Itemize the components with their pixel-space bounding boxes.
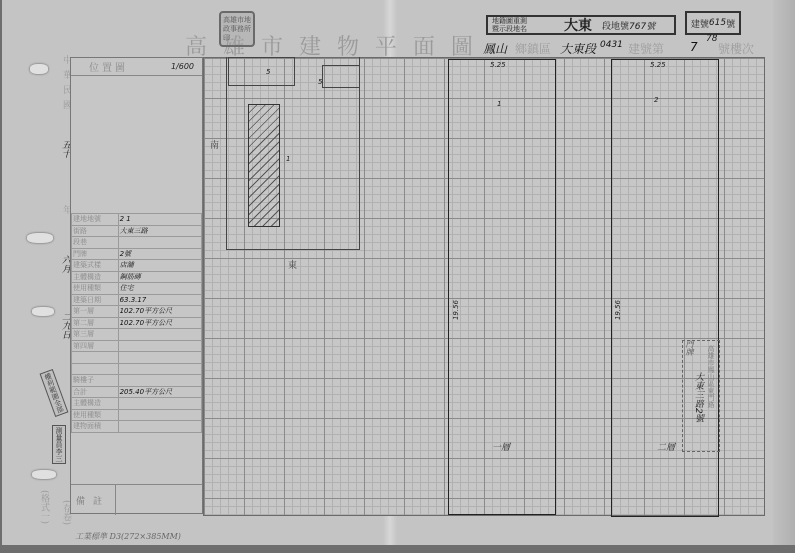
row-label: 第四層	[72, 340, 119, 352]
table-row: 建物面積	[72, 421, 202, 433]
table-row: 建築日期63.3.17	[72, 294, 202, 306]
row-label: 主體構造	[72, 398, 119, 410]
lot-label: 段地號	[602, 19, 629, 32]
row-value	[118, 421, 201, 433]
paper-damage	[30, 64, 48, 74]
row-value: 鋼筋磚	[118, 271, 201, 283]
table-row: 建地地號2 1	[72, 214, 202, 226]
row-value: 住宅	[118, 283, 201, 295]
subtitle-mid: 建號第	[628, 40, 664, 57]
site-building-annex	[322, 65, 360, 88]
building-suffix: 號	[726, 17, 735, 30]
building-number: 615	[709, 18, 726, 28]
site-mark: 1	[286, 155, 290, 163]
annotation-road: 高雄市鳳山區東門路	[706, 345, 716, 408]
floor1-center-mark: 1	[497, 100, 501, 108]
row-value: 2 1	[118, 214, 201, 226]
row-value: 63.3.17	[118, 294, 201, 306]
row-value: 102.70平方公尺	[118, 317, 201, 329]
row-value	[118, 237, 201, 249]
remarks-row: 備註	[71, 484, 202, 515]
subtitle-code: 7	[690, 40, 698, 54]
row-value	[118, 398, 201, 410]
floor1-depth-label: 19.56	[452, 300, 460, 320]
row-label: 第二層	[72, 317, 119, 329]
lot-number: 767號	[629, 19, 655, 32]
direction-marker-south: 南	[210, 138, 219, 151]
subtitle-post: 號樓次	[718, 40, 754, 57]
official-seal: 高雄市地政事務所印	[219, 11, 255, 47]
district-name: 大東	[564, 15, 592, 35]
record-label-1: 地籍圖重測	[492, 17, 550, 25]
row-label: 合計	[72, 386, 119, 398]
floor2-depth-label: 19.56	[614, 300, 622, 320]
row-value	[118, 375, 201, 387]
surveyor-stamp: 測量員李三	[52, 425, 66, 464]
building-info-table: 建地地號2 1 街路大東三路 段巷 門牌2號 建築式樣店舖 主體構造鋼筋磚 使用…	[71, 213, 202, 433]
location-scale: 1/600	[171, 62, 194, 71]
table-row: 合計205.40平方公尺	[72, 386, 202, 398]
seal-text: 高雄市地政事務所印	[223, 16, 251, 43]
paper-damage	[32, 470, 56, 479]
table-row: 騎樓子	[72, 375, 202, 387]
table-row: 第三層	[72, 329, 202, 341]
site-mark: 5	[266, 68, 270, 76]
row-label: 主體構造	[72, 271, 119, 283]
annotation-address: 大東三路2號	[692, 372, 705, 423]
subtitle-town: 鳳山	[483, 40, 507, 57]
row-label	[72, 363, 119, 375]
paper-standard-footer: 工業標準 D3(272×385MM)	[75, 531, 181, 542]
subtitle-pre: 鄉鎮區	[515, 40, 551, 57]
table-row: 街路大東三路	[72, 225, 202, 237]
row-value: 102.70平方公尺	[118, 306, 201, 318]
table-row: 主體構造鋼筋磚	[72, 271, 202, 283]
row-value	[118, 363, 201, 375]
table-row: 建築式樣店舖	[72, 260, 202, 272]
site-building-small	[228, 57, 295, 86]
site-mark: 5	[318, 78, 322, 86]
paper-damage	[27, 233, 53, 243]
row-label: 建築日期	[72, 294, 119, 306]
table-row	[72, 352, 202, 364]
row-label: 騎樓子	[72, 375, 119, 387]
table-row: 第四層	[72, 340, 202, 352]
building-number-box: 建號 615 號	[685, 11, 741, 35]
table-row: 第二層102.70平方公尺	[72, 317, 202, 329]
floor2-center-mark: 2	[654, 96, 658, 104]
table-row: 主體構造	[72, 398, 202, 410]
subtitle-number: 0431	[600, 40, 623, 50]
subtitle-section: 大東段	[560, 40, 596, 57]
row-label: 段巷	[72, 237, 119, 249]
table-row: 使用種類	[72, 409, 202, 421]
land-record-box: 地籍圖重測 暨示段地名 大東 段地號 767號	[486, 15, 676, 35]
row-value: 店舖	[118, 260, 201, 272]
row-label: 使用種類	[72, 409, 119, 421]
table-row	[72, 363, 202, 375]
location-panel-title: 位置圖 1/600	[71, 58, 202, 76]
row-label: 建築式樣	[72, 260, 119, 272]
form-label: (格式一)	[38, 490, 51, 524]
paper-damage	[32, 307, 54, 316]
subject-building-hatch	[248, 104, 280, 227]
row-label	[72, 352, 119, 364]
row-label: 第三層	[72, 329, 119, 341]
floor1-width-label: 5.25	[490, 61, 506, 69]
floor2-label: 二層	[657, 440, 675, 453]
location-title: 位置圖	[89, 59, 128, 74]
row-label: 使用種類	[72, 283, 119, 295]
row-label: 建物面積	[72, 421, 119, 433]
row-value: 2號	[118, 248, 201, 260]
row-value	[118, 340, 201, 352]
floor1-label: 一層	[492, 440, 510, 453]
row-value	[118, 409, 201, 421]
remarks-label: 備註	[71, 485, 116, 515]
annotation-label: 門牌	[684, 340, 695, 356]
row-value	[118, 329, 201, 341]
location-panel: 位置圖 1/600 建地地號2 1 街路大東三路 段巷 門牌2號 建築式樣店舖 …	[70, 57, 203, 514]
building-label: 建號	[691, 17, 709, 30]
row-value: 大東三路	[118, 225, 201, 237]
record-label-2: 暨示段地名	[492, 25, 550, 33]
row-label: 街路	[72, 225, 119, 237]
table-row: 門牌2號	[72, 248, 202, 260]
row-label: 建地地號	[72, 214, 119, 226]
table-row: 使用種類住宅	[72, 283, 202, 295]
table-row: 段巷	[72, 237, 202, 249]
table-row: 第一層102.70平方公尺	[72, 306, 202, 318]
row-label: 第一層	[72, 306, 119, 318]
row-value	[118, 352, 201, 364]
row-label: 門牌	[72, 248, 119, 260]
row-value: 205.40平方公尺	[118, 386, 201, 398]
handwritten-extra-number: 78	[706, 34, 717, 44]
floor2-width-label: 5.25	[650, 61, 666, 69]
direction-marker-east: 東	[288, 258, 297, 271]
